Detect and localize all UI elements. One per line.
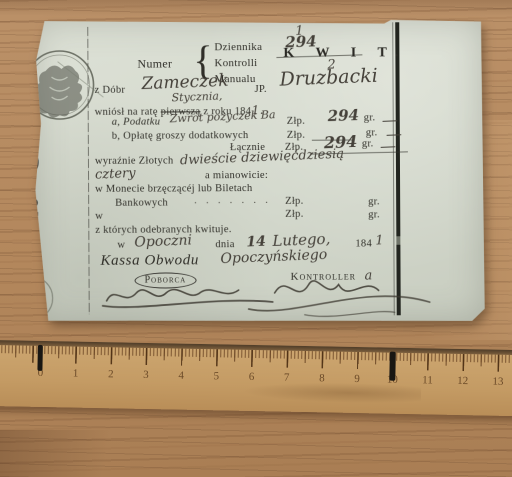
row-b-zlp: Złp. — [287, 130, 305, 141]
photo-of-receipt: { "paper": { "stub_digits": ["0","2","3"… — [0, 0, 512, 477]
mianowicie-label: a mianowicie: — [205, 170, 268, 181]
numer-item-dziennika: Dziennika — [214, 41, 262, 53]
ruler-number: 12 — [457, 375, 468, 387]
receipt-document: 0 2 3 1 Numer { Dziennika Kontrolli Manu… — [33, 19, 485, 323]
right-border-rule — [395, 22, 401, 315]
place-w-label: w — [117, 240, 125, 251]
row-b-text: b, Opłatę groszy dodatkowych — [112, 130, 249, 142]
w-row-zlp: Złp. — [285, 209, 303, 220]
row-a-zlp: Złp. — [287, 116, 305, 127]
signature-kontroller — [245, 274, 435, 319]
year-printed: 184 — [355, 238, 372, 249]
ruler-number: 9 — [354, 373, 360, 385]
amount-words-handwritten-2: cztery — [95, 166, 136, 183]
ruler-number: 13 — [492, 376, 503, 388]
document-title: K W I T. — [283, 45, 407, 62]
ruler-number: 1 — [73, 368, 79, 380]
wood-grain-streak — [0, 0, 512, 16]
row-b-gr: gr. — [366, 127, 378, 138]
amount-words-handwritten: dwieście dziewięćdziesią — [180, 147, 345, 169]
place-handwritten: Opoczni — [134, 232, 192, 250]
ruler-number: 6 — [249, 371, 255, 383]
receipt-paper: 0 2 3 1 Numer { Dziennika Kontrolli Manu… — [33, 19, 485, 323]
ruler-number: 2 — [108, 368, 114, 380]
dot-leader: . . . . . . . — [194, 195, 268, 206]
stub-digit: 3 — [34, 241, 47, 267]
numer-label: Numer — [137, 56, 172, 71]
stub-digit: 2 — [34, 194, 47, 220]
w-row-label: w — [95, 211, 103, 222]
seal-edge-fragment — [27, 273, 67, 323]
jp-label: JP. — [255, 84, 267, 95]
row-a-gr: gr. — [364, 112, 376, 123]
month-overwrite-handwritten: Stycznia, — [171, 89, 222, 104]
year-handwritten: 1 — [375, 233, 384, 248]
stub-digit: 0 — [34, 149, 47, 175]
sum-gr: gr. — [362, 138, 374, 149]
right-border-rule-thin — [392, 22, 395, 315]
pen-mark-ten — [389, 352, 396, 381]
row-a-handwritten: Zwrot pożyczek Ba — [169, 108, 275, 125]
bank-gr: gr. — [368, 196, 380, 207]
pen-mark-zero — [37, 345, 42, 371]
row-a-amount: 294 — [327, 106, 359, 125]
day-handwritten: 14 — [246, 234, 266, 251]
ruler-number: 3 — [143, 369, 149, 381]
ruler-number: 4 — [178, 370, 184, 382]
district-handwritten: Opoczyńskiego — [220, 247, 327, 267]
numer-item-kontrolli: Kontrolli — [214, 57, 257, 69]
kassa-label: Kassa Obwodu — [100, 252, 199, 270]
wooden-ruler: 012345678910111213 — [0, 340, 512, 416]
payer-name-handwritten: Druzbacki — [279, 65, 378, 91]
row-b-label: b, Opłatę groszy dodatkowych — [112, 130, 249, 142]
row-a-label: a, Podatku — [112, 117, 161, 128]
ruler-number: 8 — [319, 372, 325, 384]
ruler-number: 5 — [213, 370, 219, 382]
ruler-number: 11 — [422, 374, 433, 386]
w-row-gr: gr. — [368, 209, 380, 220]
bankowych-label: Bankowych — [115, 197, 168, 208]
dnia-label: dnia — [215, 239, 234, 250]
bank-zlp: Złp. — [285, 196, 303, 207]
monecie-line: w Monecie brzęczącéj lub Biletach — [95, 183, 252, 195]
wood-grain-streak — [0, 430, 150, 477]
ruler-number: 7 — [284, 372, 290, 384]
